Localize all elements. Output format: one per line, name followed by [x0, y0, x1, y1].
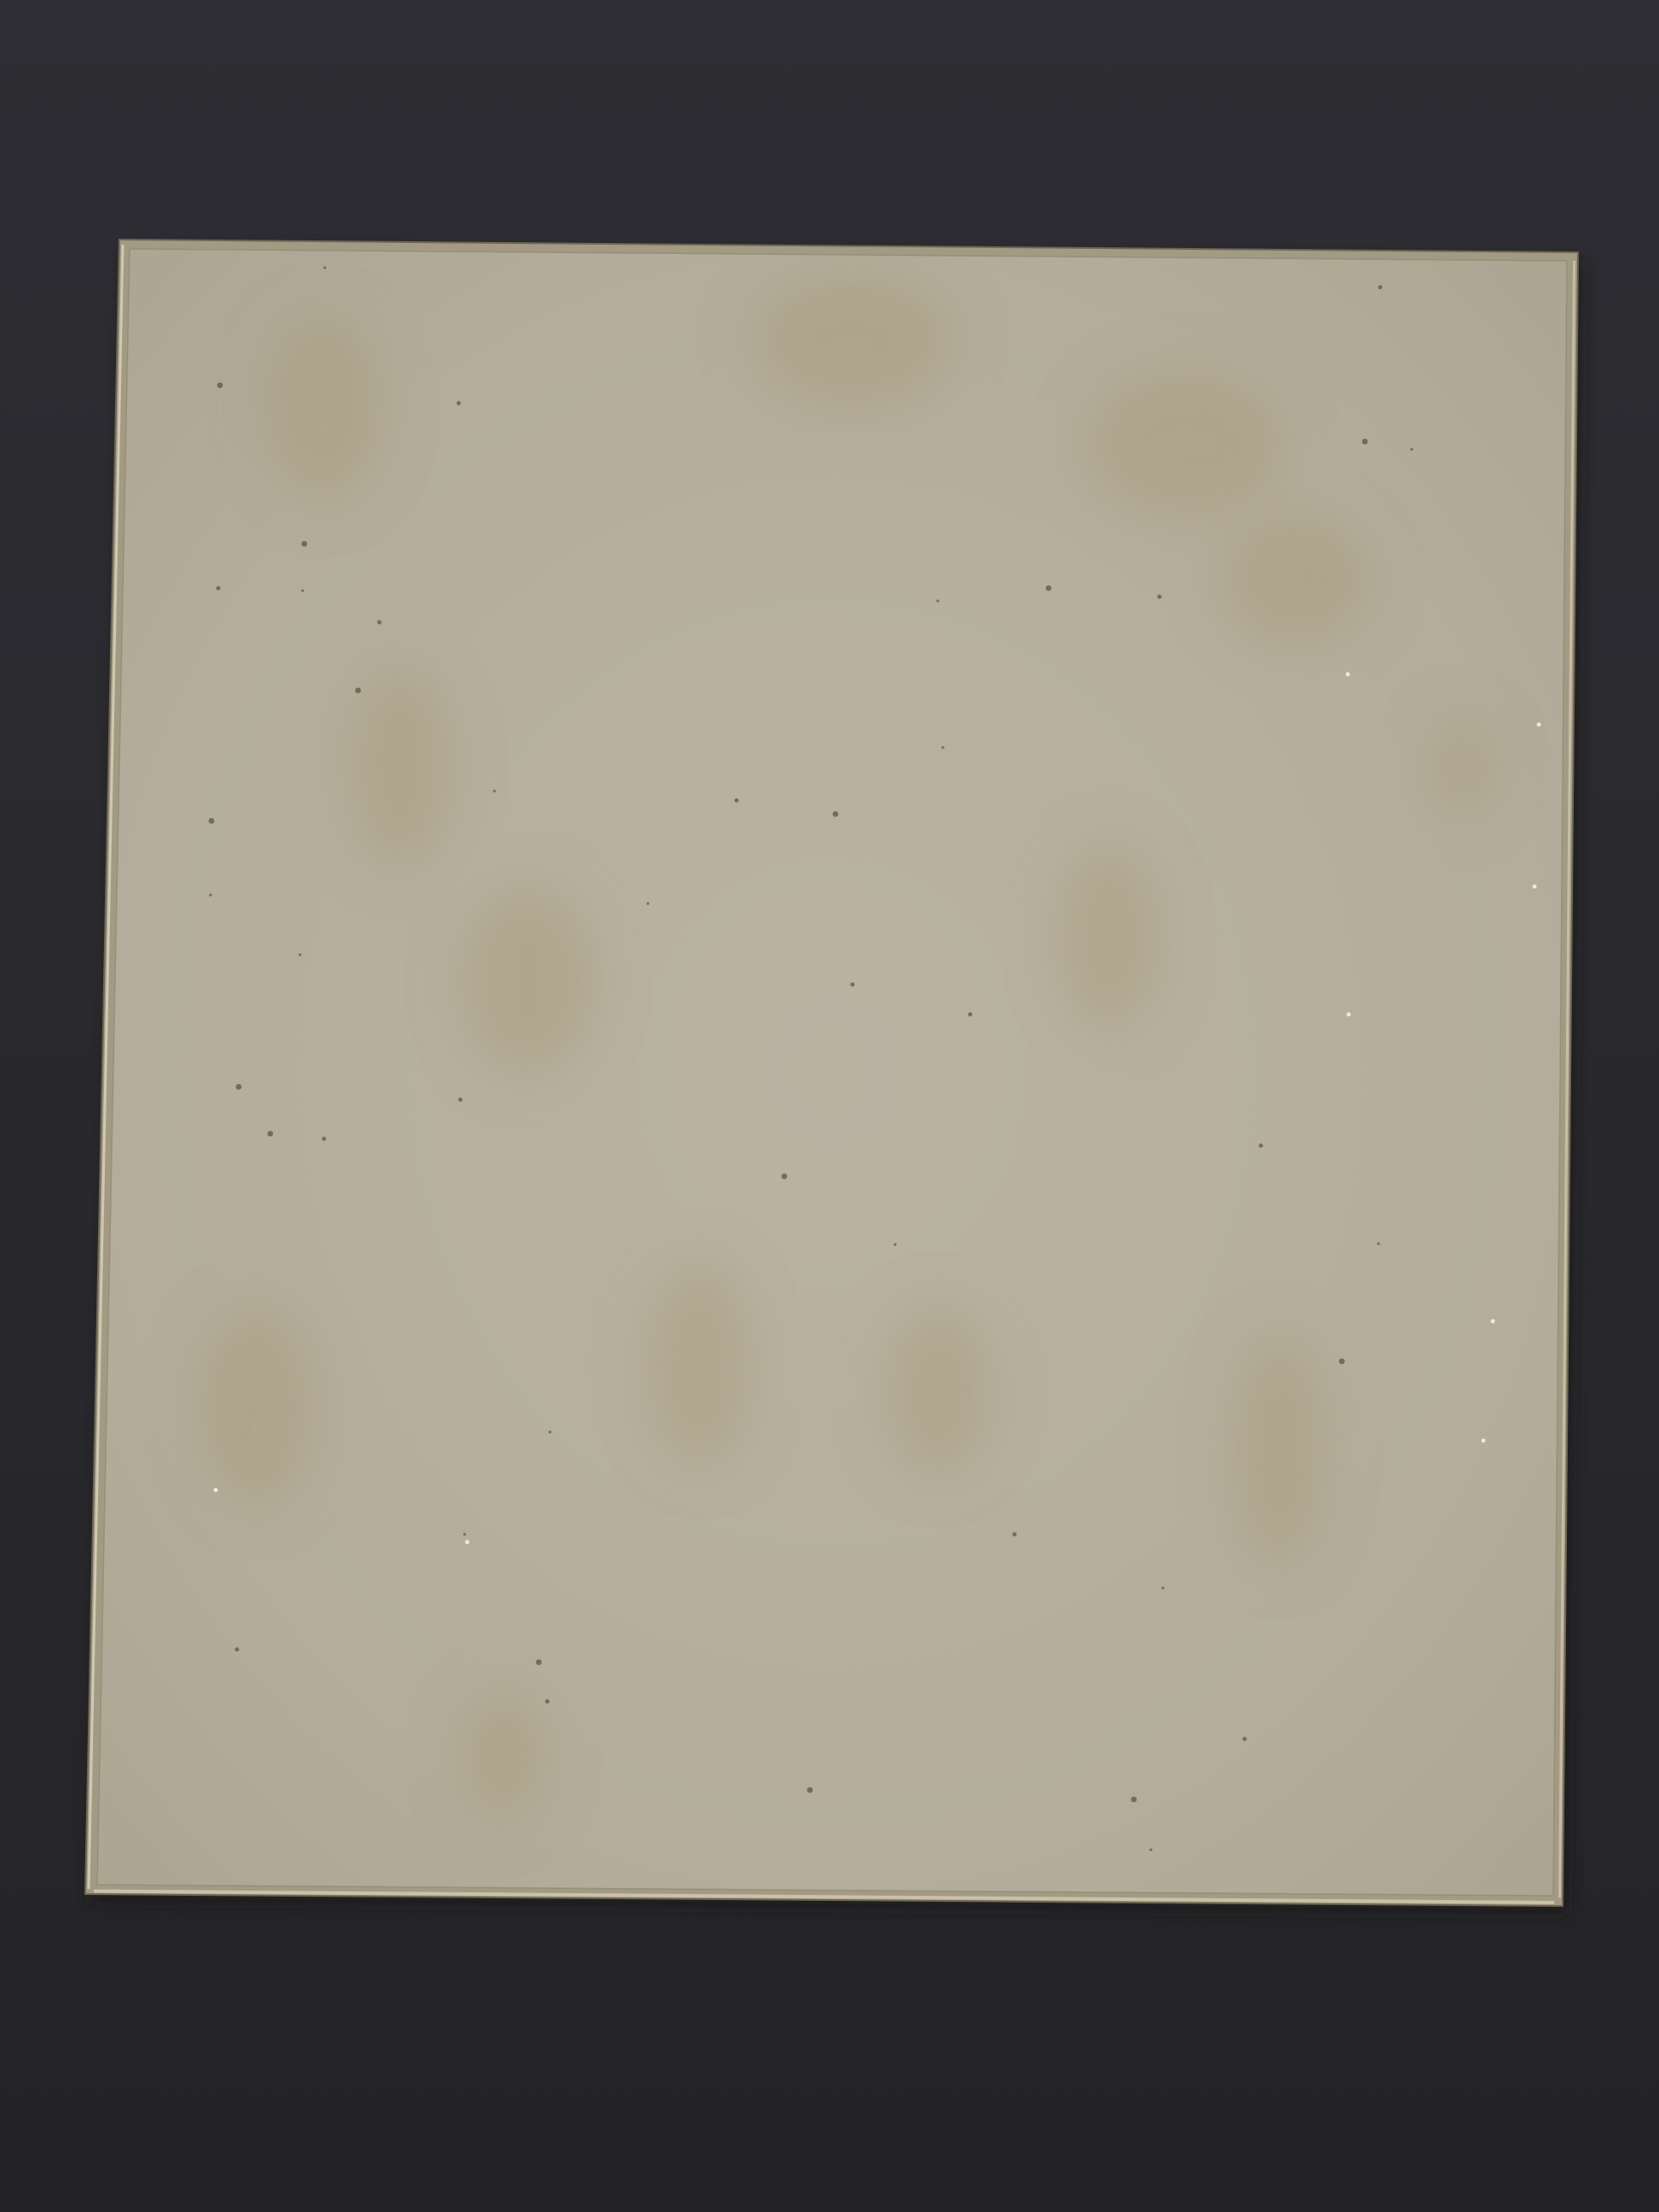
mica-glint [1533, 885, 1537, 889]
dust-speck [548, 1430, 551, 1433]
foxing-stain [264, 315, 384, 503]
foxing-stain [460, 887, 597, 1074]
dust-speck [302, 541, 308, 547]
dust-speck [1243, 1737, 1247, 1741]
dust-speck [463, 1533, 465, 1535]
mica-glint [1347, 1013, 1351, 1017]
dust-speck [1013, 1533, 1017, 1537]
dust-speck [851, 983, 855, 987]
dust-speck [457, 401, 461, 406]
mica-glint [465, 1540, 470, 1545]
dust-speck [536, 1660, 542, 1666]
dust-speck [1362, 439, 1368, 445]
dust-speck [301, 589, 303, 592]
dust-speck [459, 1098, 463, 1102]
dust-speck [322, 1137, 327, 1141]
dust-speck [355, 688, 361, 694]
dust-speck [298, 953, 301, 956]
foxing-stain [1057, 844, 1159, 1031]
dust-speck [1379, 286, 1383, 290]
foxing-stain [1083, 367, 1287, 520]
foxing-stain [1219, 511, 1373, 648]
dust-speck [968, 1013, 973, 1017]
foxing-stain [196, 1304, 315, 1509]
mica-glint [214, 1488, 218, 1493]
foxing-stain [750, 273, 955, 409]
dust-speck [235, 1648, 240, 1652]
dust-speck [735, 799, 739, 803]
foxing-stain [460, 1688, 546, 1824]
dust-speck [1046, 586, 1052, 592]
dust-speck [1339, 1359, 1345, 1365]
dust-speck [1131, 1797, 1137, 1803]
foxing-stain [350, 665, 452, 869]
foxing-stain [1232, 1330, 1326, 1568]
dust-speck [1410, 448, 1413, 450]
foxing-stain [1428, 716, 1496, 818]
dust-speck [936, 599, 939, 602]
dust-speck [1149, 1848, 1152, 1851]
mica-glint [1491, 1320, 1495, 1324]
dust-speck [1259, 1144, 1263, 1148]
dust-speck [807, 1788, 813, 1793]
dust-speck [209, 818, 215, 824]
dust-speck [378, 621, 382, 625]
dust-speck [236, 1084, 242, 1090]
dust-speck [1161, 1586, 1164, 1589]
dust-speck [546, 1700, 550, 1704]
dust-speck [323, 266, 326, 269]
dust-speck [217, 586, 221, 591]
dust-speck [268, 1131, 274, 1137]
foxing-stain [887, 1304, 989, 1475]
dust-speck [217, 383, 223, 389]
dust-speck [493, 789, 495, 792]
dust-speck [941, 746, 944, 748]
paper-surface [97, 249, 1567, 1896]
dust-speck [646, 902, 649, 904]
dust-speck [1377, 1242, 1379, 1245]
dust-speck [1158, 595, 1162, 599]
dust-speck [893, 1243, 896, 1245]
mica-glint [1346, 673, 1350, 677]
dust-speck [209, 893, 211, 896]
photo-scene: Blank shikishi (square mounted paper boa… [0, 0, 1659, 2212]
mica-glint [1482, 1439, 1486, 1443]
dust-speck [782, 1174, 788, 1180]
shikishi-board-illustration [0, 0, 1659, 2212]
mica-glint [1537, 723, 1541, 727]
dust-speck [833, 811, 839, 817]
foxing-stain [648, 1262, 750, 1466]
